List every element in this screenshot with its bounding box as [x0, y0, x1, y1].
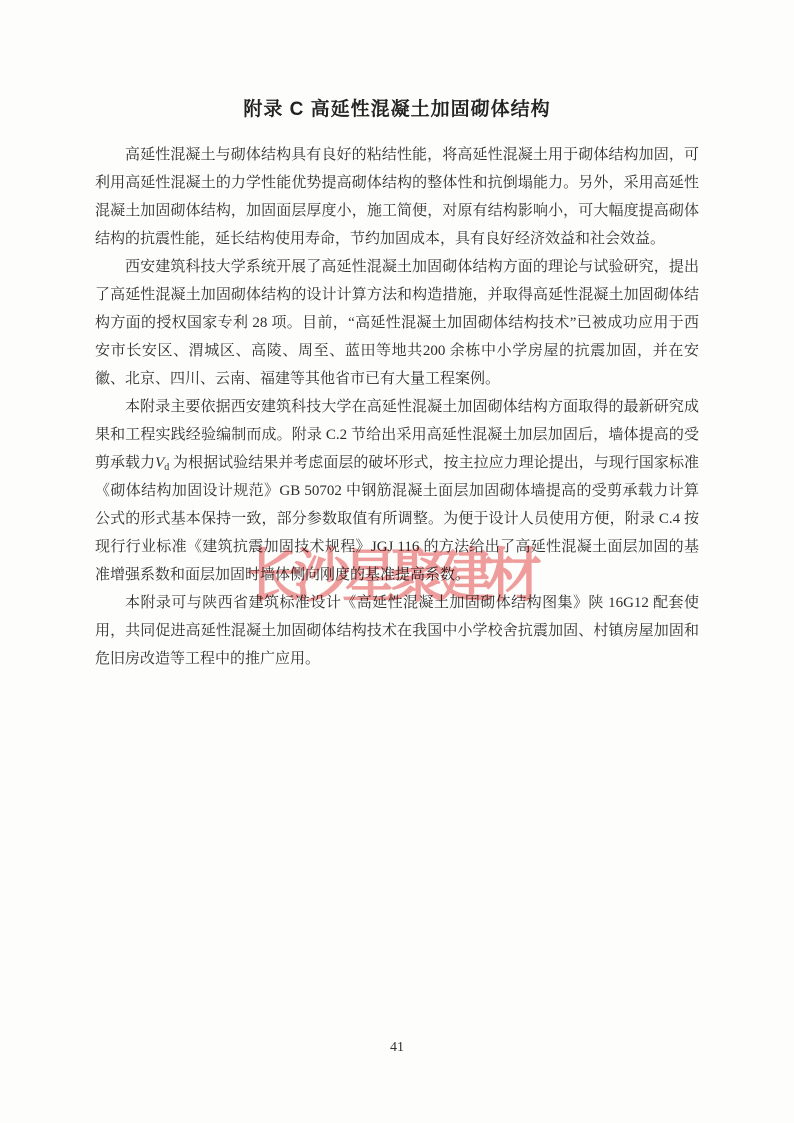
paragraph-3-text-after-formula: 为根据试验结果并考虑面层的破坏形式，按主拉应力理论提出，与现行国家标准《砌体结构… — [95, 455, 699, 583]
variable-v-symbol: V — [155, 455, 164, 471]
document-content: 附录 C 高延性混凝土加固砌体结构 高延性混凝土与砌体结构具有良好的粘结性能，将… — [95, 95, 699, 673]
paragraph-1: 高延性混凝土与砌体结构具有良好的粘结性能，将高延性混凝土用于砌体结构加固，可利用… — [95, 141, 699, 253]
page-number: 41 — [0, 1040, 794, 1056]
paragraph-2: 西安建筑科技大学系统开展了高延性混凝土加固砌体结构方面的理论与试验研究，提出了高… — [95, 253, 699, 393]
page-title: 附录 C 高延性混凝土加固砌体结构 — [95, 95, 699, 125]
paragraph-3: 本附录主要依据西安建筑科技大学在高延性混凝土加固砌体结构方面取得的最新研究成果和… — [95, 393, 699, 589]
document-page: 附录 C 高延性混凝土加固砌体结构 高延性混凝土与砌体结构具有良好的粘结性能，将… — [0, 0, 794, 1123]
paragraph-4: 本附录可与陕西省建筑标准设计《高延性混凝土加固砌体结构图集》陕 16G12 配套… — [95, 589, 699, 673]
shear-capacity-variable: Vd — [155, 455, 169, 471]
